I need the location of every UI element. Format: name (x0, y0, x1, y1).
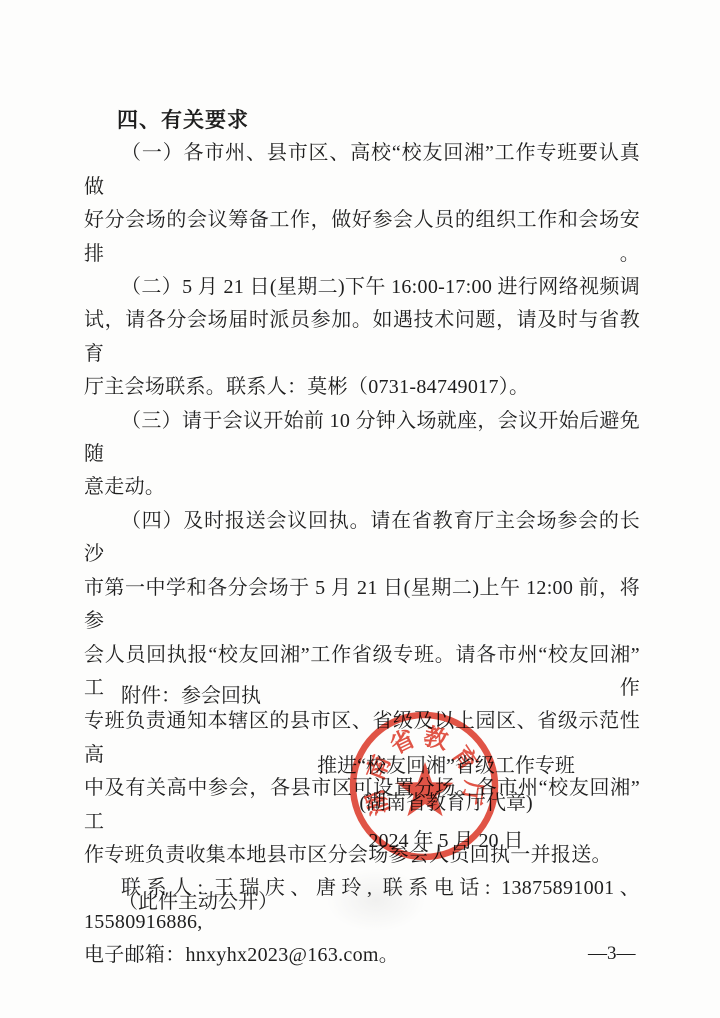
scan-smudge (326, 868, 426, 932)
paragraph-line: 好分会场的会议筹备工作，做好参会人员的组织工作和会场安排。 (84, 204, 640, 271)
signature-org: 推进“校友回湘”省级工作专班 (296, 748, 596, 785)
attachment-line: 附件：参会回执 (84, 680, 640, 713)
paragraph-line: 试，请各分会场届时派员参加。如遇技术问题，请及时与省教育 (84, 304, 640, 371)
signature-agency-note: (湖南省教育厅代章) (296, 785, 596, 822)
section-heading: 四、有关要求 (84, 104, 640, 137)
signature-block: 推进“校友回湘”省级工作专班 (湖南省教育厅代章) 2024 年 5 月 20 … (296, 748, 596, 860)
paragraph-line: 意走动。 (84, 471, 640, 504)
document-page: 四、有关要求 （一）各市州、县市区、高校“校友回湘”工作专班要认真做 好分会场的… (0, 0, 720, 1018)
paragraph-line: （一）各市州、县市区、高校“校友回湘”工作专班要认真做 (84, 137, 640, 204)
signature-date: 2024 年 5 月 20 日 (296, 823, 596, 860)
page-number: —3— (588, 944, 636, 964)
paragraph-line: （三）请于会议开始前 10 分钟入场就座，会议开始后避免随 (84, 405, 640, 472)
paragraph-line: （二）5 月 21 日(星期二)下午 16:00-17:00 进行网络视频调 (84, 271, 640, 304)
footer-note: （此件主动公开） (118, 886, 278, 919)
paragraph-line: 电子邮箱：hnxyhx2023@163.com。 (84, 939, 640, 972)
paragraph-line: （四）及时报送会议回执。请在省教育厅主会场参会的长沙 (84, 505, 640, 572)
paragraph-line: 厅主会场联系。联系人：莫彬（0731-84749017）。 (84, 371, 640, 404)
paragraph-line: 市第一中学和各分会场于 5 月 21 日(星期二)上午 12:00 前，将参 (84, 572, 640, 639)
